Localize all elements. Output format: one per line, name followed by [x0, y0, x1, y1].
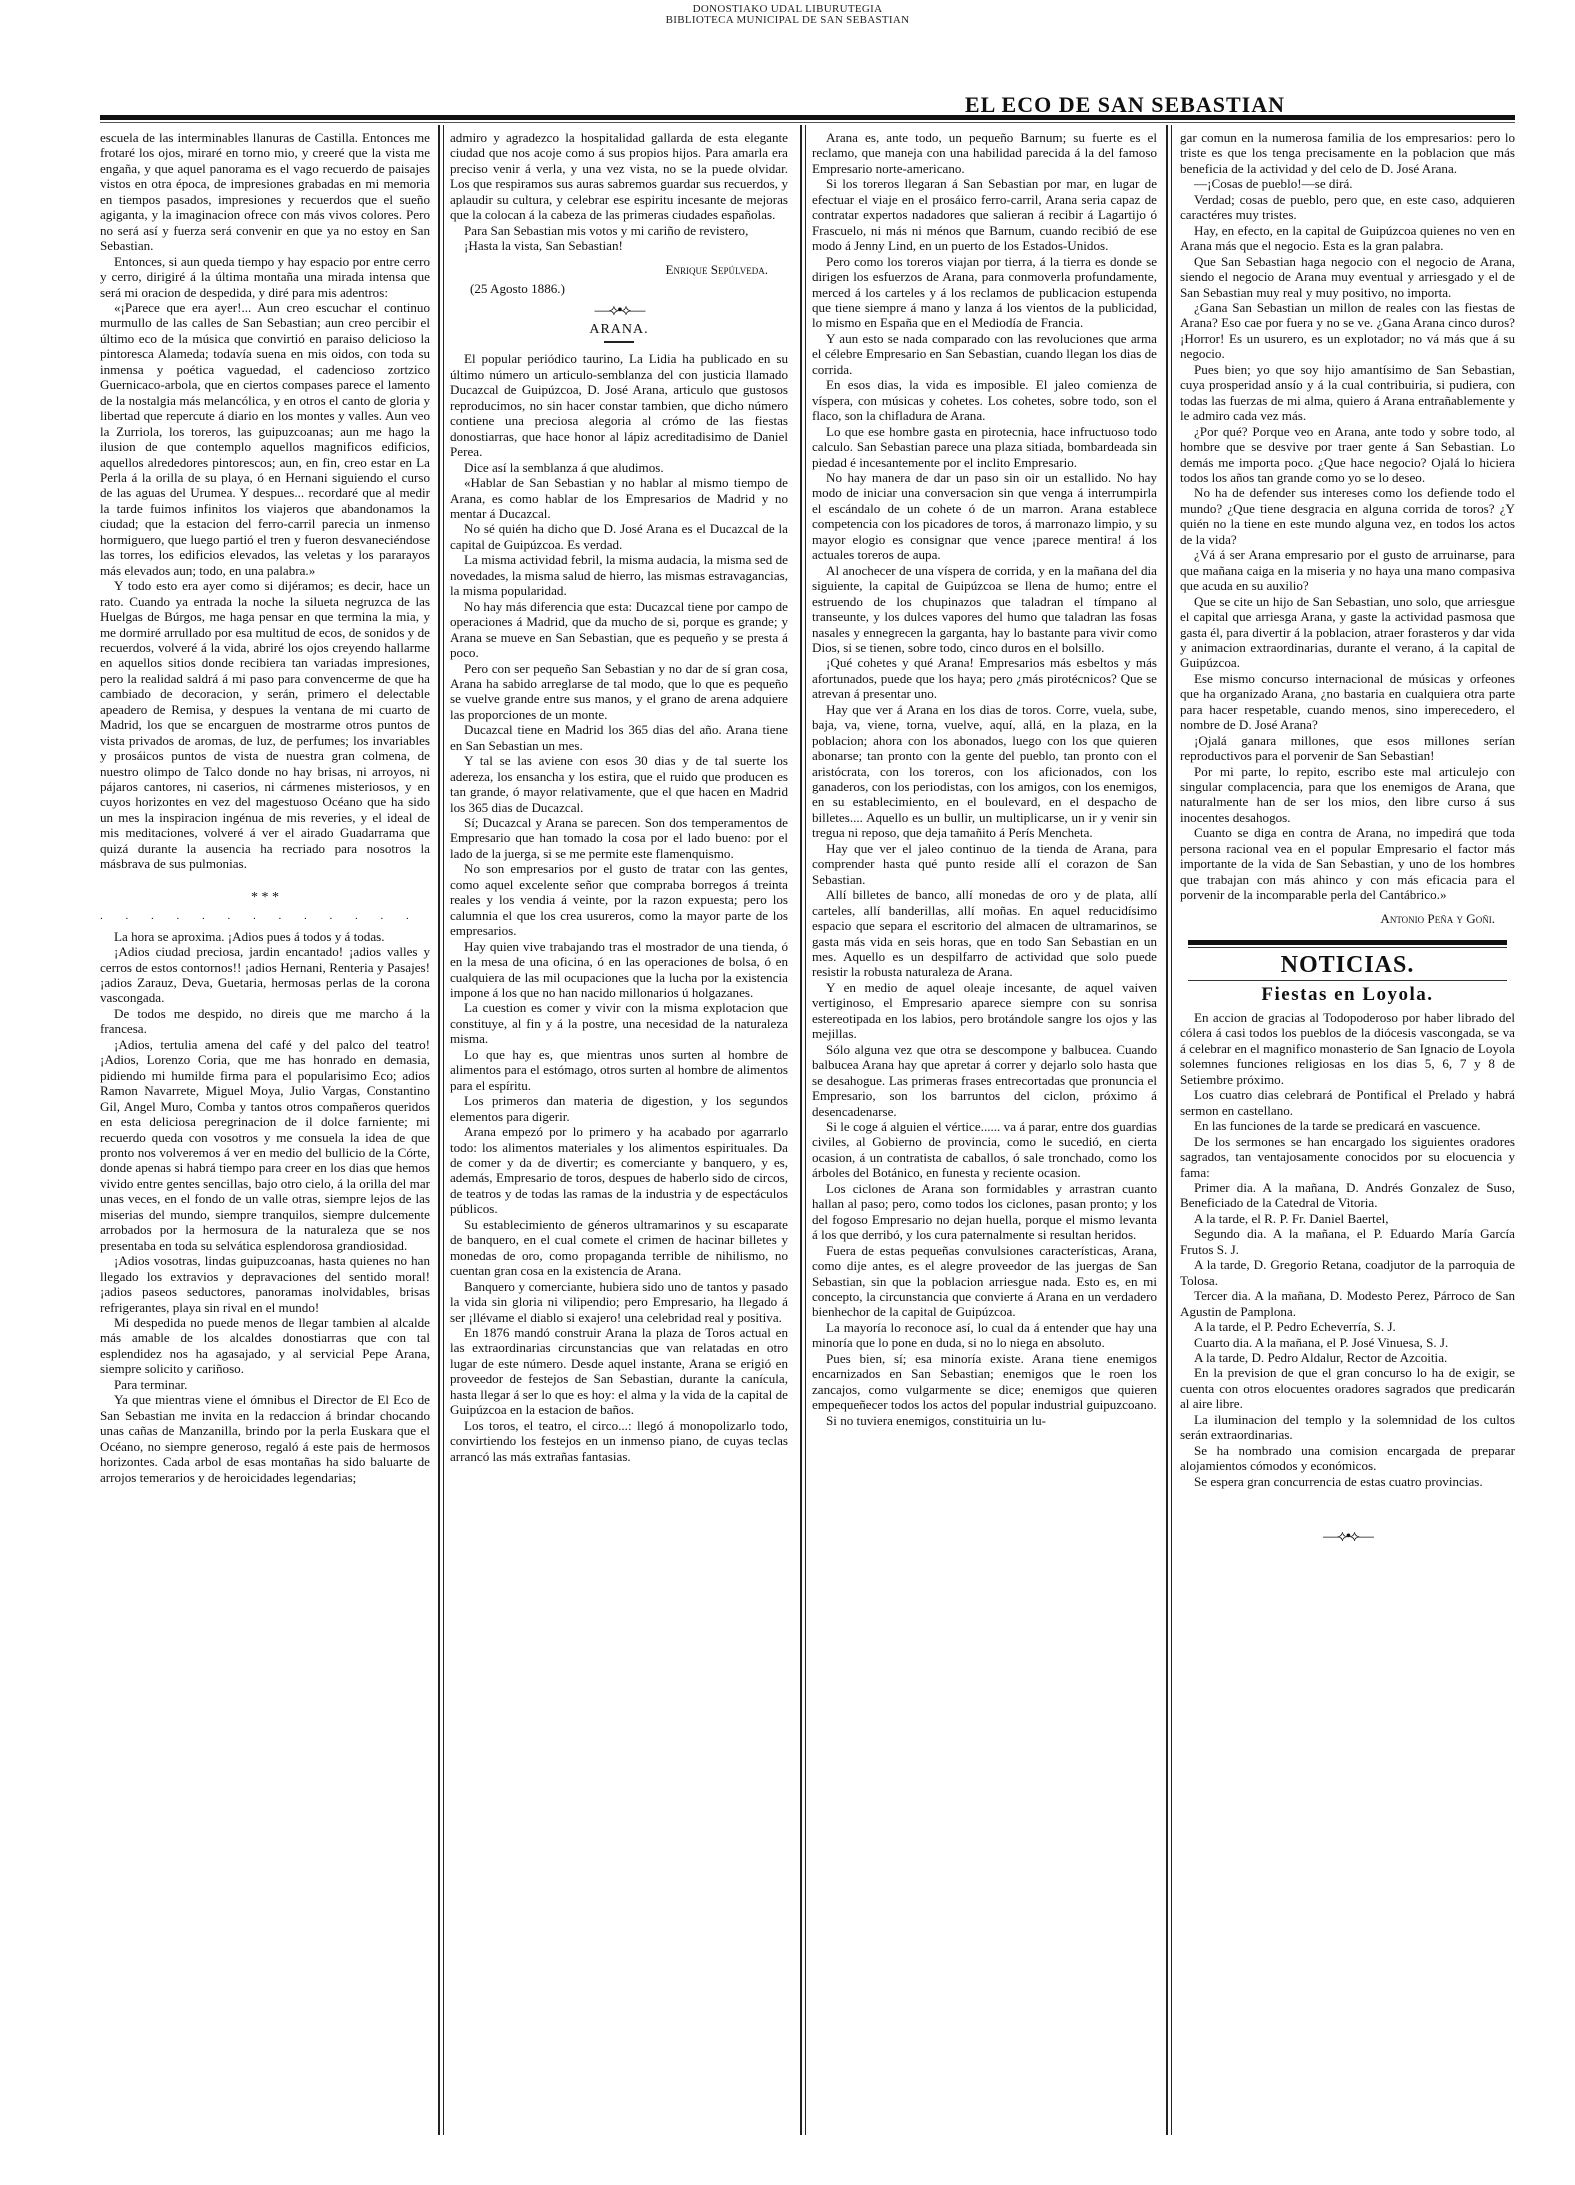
paragraph: Y en medio de aquel oleaje incesante, de… [812, 980, 1157, 1042]
paragraph: Segundo dia. A la mañana, el P. Eduardo … [1180, 1226, 1515, 1257]
section-rule-thin [1188, 947, 1507, 948]
section-rule-thick [1188, 940, 1507, 945]
paragraph: Para terminar. [100, 1377, 430, 1392]
paragraph: ¿Gana San Sebastian un millon de reales … [1180, 300, 1515, 362]
paragraph: A la tarde, el P. Pedro Echeverría, S. J… [1180, 1319, 1515, 1334]
paragraph: Hay que ver el jaleo continuo de la tien… [812, 841, 1157, 887]
paragraph: Banquero y comerciante, hubiera sido uno… [450, 1279, 788, 1325]
paragraph: Al anochecer de una víspera de corrida, … [812, 563, 1157, 656]
column-divider [1166, 125, 1168, 2135]
paragraph: No son empresarios por el gusto de trata… [450, 861, 788, 938]
paragraph: Dice así la semblanza á que aludimos. [450, 460, 788, 475]
paragraph: Primer dia. A la mañana, D. Andrés Gonza… [1180, 1180, 1515, 1211]
paragraph: La hora se aproxima. ¡Adios pues á todos… [100, 929, 430, 944]
column-2: admiro y agradezco la hospitalidad galla… [450, 130, 788, 1464]
paragraph: gar comun en la numerosa familia de los … [1180, 130, 1515, 176]
paragraph: Hay que ver á Arana en los dias de toros… [812, 702, 1157, 841]
column-divider [805, 125, 806, 2135]
paragraph: Si le coge á alguien el vértice...... va… [812, 1119, 1157, 1181]
paragraph: Ducazcal tiene en Madrid los 365 dias de… [450, 722, 788, 753]
paragraph: ¡Hasta la vista, San Sebastian! [450, 238, 788, 253]
paragraph: Pero con ser pequeño San Sebastian y no … [450, 661, 788, 723]
paragraph: Lo que ese hombre gasta en pirotecnia, h… [812, 424, 1157, 470]
paragraph: Si los toreros llegaran á San Sebastian … [812, 176, 1157, 253]
column-divider [438, 125, 440, 2135]
paragraph: La iluminacion del templo y la solemnida… [1180, 1412, 1515, 1443]
paragraph: Los ciclones de Arana son formidables y … [812, 1181, 1157, 1243]
paragraph: Cuanto se diga en contra de Arana, no im… [1180, 825, 1515, 902]
paragraph: La misma actividad febril, la misma auda… [450, 552, 788, 598]
paragraph: El popular periódico taurino, La Lidia h… [450, 351, 788, 459]
library-header: DONOSTIAKO UDAL LIBURUTEGIA BIBLIOTECA M… [0, 4, 1575, 26]
paragraph: A la tarde, D. Gregorio Retana, coadjuto… [1180, 1257, 1515, 1288]
paragraph: Que San Sebastian haga negocio con el ne… [1180, 254, 1515, 300]
paragraph: Se espera gran concurrencia de estas cua… [1180, 1474, 1515, 1489]
paragraph: Arana es, ante todo, un pequeño Barnum; … [812, 130, 1157, 176]
ornament-divider-icon: —⟡•⟡— [450, 303, 788, 318]
paragraph: Allí billetes de banco, allí monedas de … [812, 887, 1157, 980]
paragraph: Y tal se las aviene con esos 30 dias y d… [450, 753, 788, 815]
paragraph: En esos dias, la vida es imposible. El j… [812, 377, 1157, 423]
paragraph: ¡Adios ciudad preciosa, jardin encantado… [100, 944, 430, 1006]
library-header-spanish: BIBLIOTECA MUNICIPAL DE SAN SEBASTIAN [0, 15, 1575, 26]
paragraph: En las funciones de la tarde se predicar… [1180, 1118, 1515, 1133]
asterism-divider: * * * [100, 890, 430, 905]
paragraph: —¡Cosas de pueblo!—se dirá. [1180, 176, 1515, 191]
paragraph: En 1876 mandó construir Arana la plaza d… [450, 1325, 788, 1418]
paragraph: Si no tuviera enemigos, constituiria un … [812, 1413, 1157, 1428]
paragraph: ¡Ojalá ganara millones, que esos millone… [1180, 733, 1515, 764]
paragraph: Lo que hay es, que mientras unos surten … [450, 1047, 788, 1093]
paragraph: En la prevision de que el gran concurso … [1180, 1365, 1515, 1411]
masthead-rule [100, 115, 1515, 120]
paragraph: Arana empezó por lo primero y ha acabado… [450, 1124, 788, 1217]
author-signature: Antonio Peña y Goñi. [1180, 911, 1495, 926]
subsection-title-fiestas: Fiestas en Loyola. [1180, 987, 1515, 1002]
author-signature: Enrique Sepúlveda. [450, 262, 768, 277]
paragraph: Tercer dia. A la mañana, D. Modesto Pere… [1180, 1288, 1515, 1319]
paragraph: Y aun esto se nada comparado con las rev… [812, 331, 1157, 377]
column-divider [800, 125, 802, 2135]
paragraph: En accion de gracias al Todopoderoso por… [1180, 1010, 1515, 1087]
ornament-divider-icon: —⟡•⟡— [1180, 1529, 1515, 1544]
section-rule-thin [1188, 980, 1507, 981]
paragraph: Los cuatro dias celebrará de Pontifical … [1180, 1087, 1515, 1118]
column-4: gar comun en la numerosa familia de los … [1180, 130, 1515, 1549]
paragraph: De los sermones se han encargado los sig… [1180, 1134, 1515, 1180]
paragraph: ¿Por qué? Porque veo en Arana, ante todo… [1180, 424, 1515, 486]
paragraph: Que se cite un hijo de San Sebastian, un… [1180, 594, 1515, 671]
paragraph: Ese mismo concurso internacional de músi… [1180, 671, 1515, 733]
paragraph: ¿Vá á ser Arana empresario por el gusto … [1180, 547, 1515, 593]
paragraph: Sí; Ducazcal y Arana se parecen. Son dos… [450, 815, 788, 861]
column-divider [443, 125, 444, 2135]
paragraph: admiro y agradezco la hospitalidad galla… [450, 130, 788, 223]
paragraph: Hay quien vive trabajando tras el mostra… [450, 939, 788, 1001]
article-date: (25 Agosto 1886.) [450, 281, 788, 296]
paragraph: Hay, en efecto, en la capital de Guipúzc… [1180, 223, 1515, 254]
masthead-rule-thin [100, 122, 1515, 123]
paragraph: No sé quién ha dicho que D. José Arana e… [450, 521, 788, 552]
paragraph: Fuera de estas pequeñas convulsiones car… [812, 1243, 1157, 1320]
column-divider [1171, 125, 1172, 2135]
paragraph: No hay más diferencia que esta: Ducazcal… [450, 599, 788, 661]
column-3: Arana es, ante todo, un pequeño Barnum; … [812, 130, 1157, 1428]
paragraph: Cuarto dia. A la mañana, el P. José Vinu… [1180, 1335, 1515, 1350]
paragraph: Su establecimiento de géneros ultramarin… [450, 1217, 788, 1279]
paragraph: ¡Adios, tertulia amena del café y del pa… [100, 1037, 430, 1253]
paragraph: Entonces, si aun queda tiempo y hay espa… [100, 254, 430, 300]
paragraph: «Hablar de San Sebastian y no hablar al … [450, 475, 788, 521]
paragraph: Los toros, el teatro, el circo...: llegó… [450, 1418, 788, 1464]
paragraph: No ha de defender sus intereses como los… [1180, 485, 1515, 547]
dotted-divider: . . . . . . . . . . . . . . . . . . . . … [100, 909, 430, 924]
paragraph: Los primeros dan materia de digestion, y… [450, 1093, 788, 1124]
section-title-noticias: NOTICIAS. [1180, 958, 1515, 973]
paragraph: No hay manera de dar un paso sin oir un … [812, 470, 1157, 563]
paragraph: ¡Qué cohetes y qué Arana! Empresarios má… [812, 655, 1157, 701]
paragraph: Pero como los toreros viajan por tierra,… [812, 254, 1157, 331]
paragraph: Se ha nombrado una comision encargada de… [1180, 1443, 1515, 1474]
paragraph: Mi despedida no puede menos de llegar ta… [100, 1315, 430, 1377]
paragraph: La mayoría lo reconoce así, lo cual da á… [812, 1320, 1157, 1351]
paragraph: ¡Adios vosotras, lindas guipuzcoanas, ha… [100, 1253, 430, 1315]
section-title-arana: ARANA. [450, 322, 788, 337]
paragraph: A la tarde, el R. P. Fr. Daniel Baertel, [1180, 1211, 1515, 1226]
paragraph: De todos me despido, no direis que me ma… [100, 1006, 430, 1037]
paragraph: Y todo esto era ayer como si dijéramos; … [100, 578, 430, 872]
paragraph: Ya que mientras viene el ómnibus el Dire… [100, 1392, 430, 1485]
paragraph: Sólo alguna vez que otra se descompone y… [812, 1042, 1157, 1119]
paragraph: Para San Sebastian mis votos y mi cariño… [450, 223, 788, 238]
column-1: escuela de las interminables llanuras de… [100, 130, 430, 1485]
short-rule [604, 341, 634, 343]
paragraph: A la tarde, D. Pedro Aldalur, Rector de … [1180, 1350, 1515, 1365]
paragraph: La cuestion es comer y vivir con la mism… [450, 1000, 788, 1046]
paragraph: Pues bien; yo que soy hijo amantísimo de… [1180, 362, 1515, 424]
paragraph: Verdad; cosas de pueblo, pero que, en es… [1180, 192, 1515, 223]
paragraph: Pues bien, sí; esa minoría existe. Arana… [812, 1351, 1157, 1413]
paragraph: escuela de las interminables llanuras de… [100, 130, 430, 254]
paragraph: «¡Parece que era ayer!... Aun creo escuc… [100, 300, 430, 578]
paragraph: Por mi parte, lo repito, escribo este ma… [1180, 764, 1515, 826]
